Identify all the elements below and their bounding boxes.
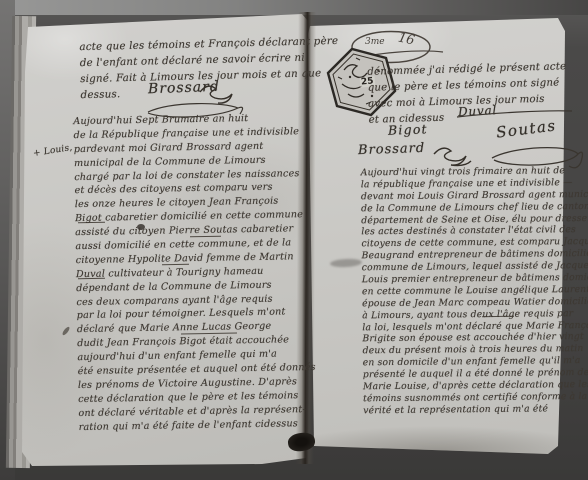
signature-bigot: Bigot xyxy=(388,121,428,137)
scanned-register-spread: acte que les témoins et François déclara… xyxy=(0,0,588,480)
manuscript-line: vérité et la représentation qui m'a été xyxy=(363,403,588,417)
signature-brossard-right: Brossard xyxy=(358,141,426,158)
folio-number-label: 16 xyxy=(397,30,416,48)
signature-trailing-stroke xyxy=(452,102,578,122)
scanner-background-top xyxy=(0,0,588,15)
right-birth-act-paragraph: Aujourd'hui vingt trois frimaire an huit… xyxy=(361,165,588,417)
signature-paraph-flourish xyxy=(428,140,472,168)
left-birth-act-paragraph: Aujourd'hui Sept Brumaire an huitde la R… xyxy=(73,112,317,436)
